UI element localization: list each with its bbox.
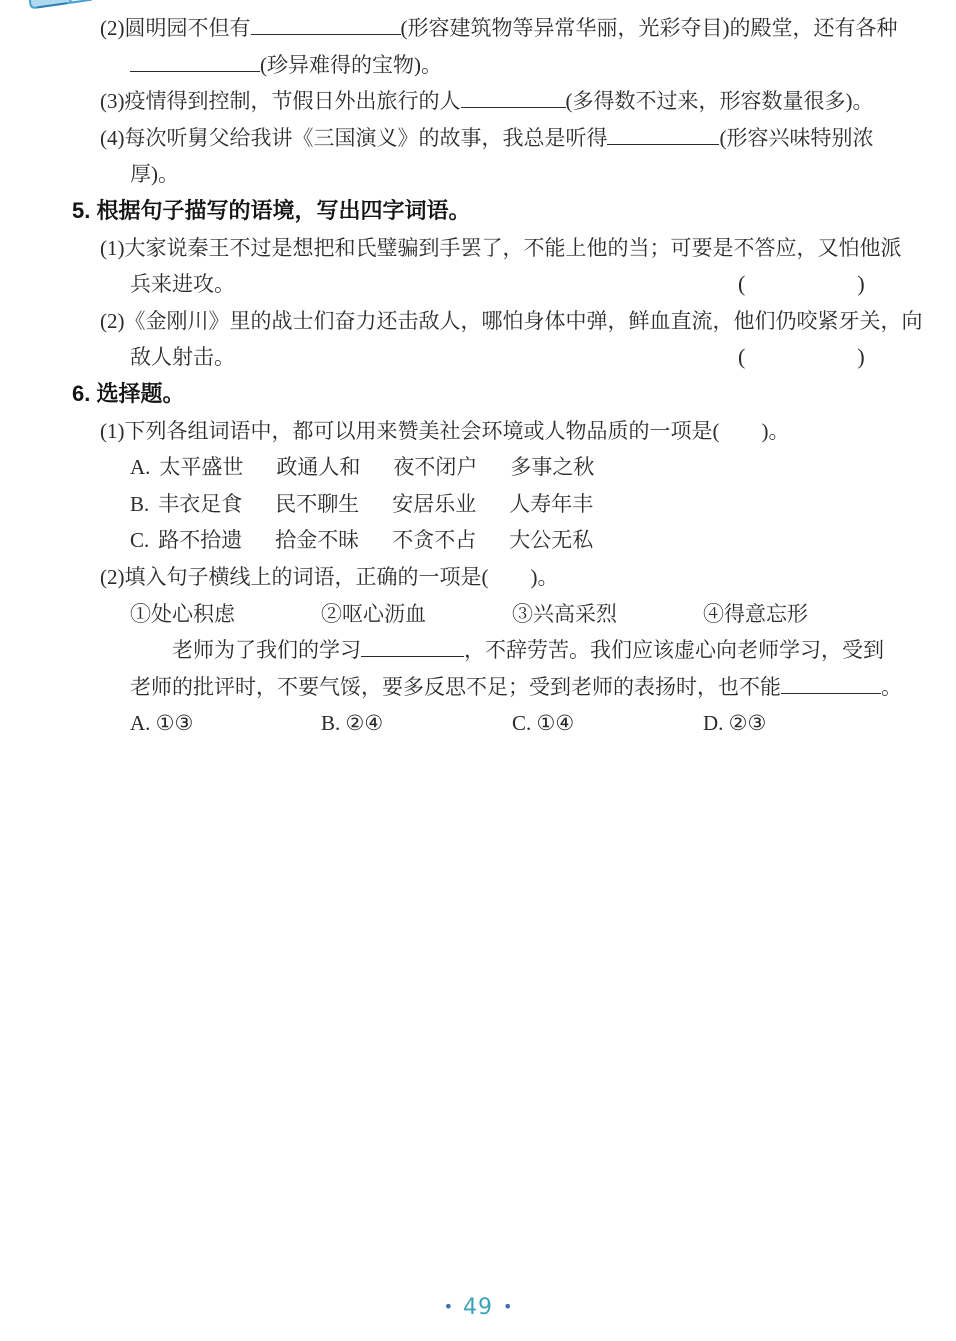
fill-blank	[361, 636, 464, 657]
q6-sub2-word-bank: ①处心积虑②呕心沥血③兴高采烈④得意忘形	[0, 596, 956, 633]
paren-close: )	[857, 271, 864, 296]
option-label: C.	[130, 528, 149, 552]
page-number: 49	[463, 1295, 493, 1320]
q5-sub2-line1: (2)《金刚川》里的战士们奋力还击敌人，哪怕身体中弹，鲜血直流，他们仍咬紧牙关，…	[0, 303, 956, 340]
q4-sub2-pre: (2)圆明园不但有	[100, 16, 251, 40]
option-word: 拾金不昧	[275, 528, 359, 552]
q4-sub4-cont: 厚)。	[130, 162, 179, 186]
q5-sub1-text: (1)大家说秦王不过是想把和氏璧骗到手罢了，不能上他的当；可要是不答应，又怕他派	[100, 236, 901, 260]
choice-item: A. ①③	[130, 705, 321, 742]
paren-open: (	[738, 344, 745, 369]
q6-sub2-passage-line1: 老师为了我们的学习，不辞劳苦。我们应该虚心向老师学习，受到	[0, 632, 956, 669]
q6-title-text: 6. 选择题。	[72, 381, 184, 406]
footer-right-dot: •	[503, 1297, 512, 1316]
passage-text: ，不辞劳苦。我们应该虚心向老师学习，受到	[464, 638, 884, 662]
fill-blank	[461, 87, 566, 108]
passage-text: 。	[881, 675, 902, 699]
fill-blank	[607, 124, 719, 145]
passage-text: 老师的批评时，不要气馁，要多反思不足；受到老师的表扬时，也不能	[130, 675, 781, 699]
q6-sub1-stem-text: (1)下列各组词语中，都可以用来赞美社会环境或人物品质的一项是( )。	[100, 419, 789, 443]
choice-item: D. ②③	[703, 705, 894, 742]
q4-sub4-pre: (4)每次听舅父给我讲《三国演义》的故事，我总是听得	[100, 126, 607, 150]
word-bank-item: ④得意忘形	[703, 596, 894, 633]
fill-blank	[130, 51, 260, 72]
q4-sub4-hint: (形容兴味特别浓	[719, 126, 873, 150]
fill-blank	[251, 14, 401, 35]
paren-open: (	[738, 271, 745, 296]
q6-title: 6. 选择题。	[0, 376, 956, 413]
q6-sub1-option-a: A.太平盛世政通人和夜不闭户多事之秋	[0, 449, 956, 486]
q4-sub2-line1: (2)圆明园不但有(形容建筑物等异常华丽，光彩夺目)的殿堂，还有各种	[0, 10, 956, 47]
q5-sub2-cont: 敌人射击。	[130, 345, 235, 369]
q4-sub4-line2: 厚)。	[0, 156, 956, 193]
option-word: 不贪不占	[392, 528, 476, 552]
worksheet-page: (2)圆明园不但有(形容建筑物等异常华丽，光彩夺目)的殿堂，还有各种 (珍异难得…	[0, 0, 956, 1341]
q4-sub2-hint1: (形容建筑物等异常华丽，光彩夺目)的殿堂，还有各种	[401, 16, 898, 40]
option-label: B.	[130, 492, 149, 516]
q4-sub2-hint2: (珍异难得的宝物)。	[260, 53, 442, 77]
footer-left-dot: •	[444, 1297, 453, 1316]
choice-item: C. ①④	[512, 705, 703, 742]
option-word: 政通人和	[276, 455, 360, 479]
q5-title-text: 5. 根据句子描写的语境，写出四字词语。	[72, 198, 470, 223]
option-word: 太平盛世	[159, 455, 243, 479]
q5-sub2-text: (2)《金刚川》里的战士们奋力还击敌人，哪怕身体中弹，鲜血直流，他们仍咬紧牙关，…	[100, 309, 922, 333]
q5-sub1-cont: 兵来进攻。	[130, 272, 235, 296]
q5-sub2-line2: 敌人射击。()	[0, 339, 956, 376]
option-label: A.	[130, 455, 150, 479]
q4-sub3-pre: (3)疫情得到控制，节假日外出旅行的人	[100, 89, 461, 113]
option-word: 人寿年丰	[509, 492, 593, 516]
word-bank-item: ②呕心沥血	[321, 596, 512, 633]
q6-sub2-choices: A. ①③B. ②④C. ①④D. ②③	[0, 705, 956, 742]
option-word: 夜不闭户	[393, 455, 477, 479]
answer-parentheses: ()	[738, 339, 865, 376]
q5-sub1-line1: (1)大家说秦王不过是想把和氏璧骗到手罢了，不能上他的当；可要是不答应，又怕他派	[0, 230, 956, 267]
passage-text: 老师为了我们的学习	[172, 638, 361, 662]
option-word: 大公无私	[509, 528, 593, 552]
q6-sub2-passage-line2: 老师的批评时，不要气馁，要多反思不足；受到老师的表扬时，也不能。	[0, 669, 956, 706]
q6-sub1-stem: (1)下列各组词语中，都可以用来赞美社会环境或人物品质的一项是( )。	[0, 413, 956, 450]
q6-sub1-option-b: B.丰衣足食民不聊生安居乐业人寿年丰	[0, 486, 956, 523]
q6-sub2-stem: (2)填入句子横线上的词语，正确的一项是( )。	[0, 559, 956, 596]
q5-title: 5. 根据句子描写的语境，写出四字词语。	[0, 193, 956, 230]
answer-parentheses: ()	[738, 266, 865, 303]
worksheet-content: (2)圆明园不但有(形容建筑物等异常华丽，光彩夺目)的殿堂，还有各种 (珍异难得…	[0, 10, 956, 742]
option-word: 民不聊生	[275, 492, 359, 516]
word-bank-item: ③兴高采烈	[512, 596, 703, 633]
word-bank-item: ①处心积虑	[130, 596, 321, 633]
option-word: 丰衣足食	[158, 492, 242, 516]
q4-sub3-hint: (多得数不过来，形容数量很多)。	[566, 89, 874, 113]
q4-sub3-line: (3)疫情得到控制，节假日外出旅行的人(多得数不过来，形容数量很多)。	[0, 83, 956, 120]
q4-sub2-line2: (珍异难得的宝物)。	[0, 47, 956, 84]
fill-blank	[781, 673, 881, 694]
q6-sub2-stem-text: (2)填入句子横线上的词语，正确的一项是( )。	[100, 565, 558, 589]
q6-sub1-option-c: C.路不拾遗拾金不昧不贪不占大公无私	[0, 522, 956, 559]
paren-close: )	[857, 344, 864, 369]
option-word: 多事之秋	[510, 455, 594, 479]
option-word: 路不拾遗	[158, 528, 242, 552]
q4-sub4-line1: (4)每次听舅父给我讲《三国演义》的故事，我总是听得(形容兴味特别浓	[0, 120, 956, 157]
q5-sub1-line2: 兵来进攻。()	[0, 266, 956, 303]
choice-item: B. ②④	[321, 705, 512, 742]
option-word: 安居乐业	[392, 492, 476, 516]
page-footer: •49•	[0, 1295, 956, 1320]
